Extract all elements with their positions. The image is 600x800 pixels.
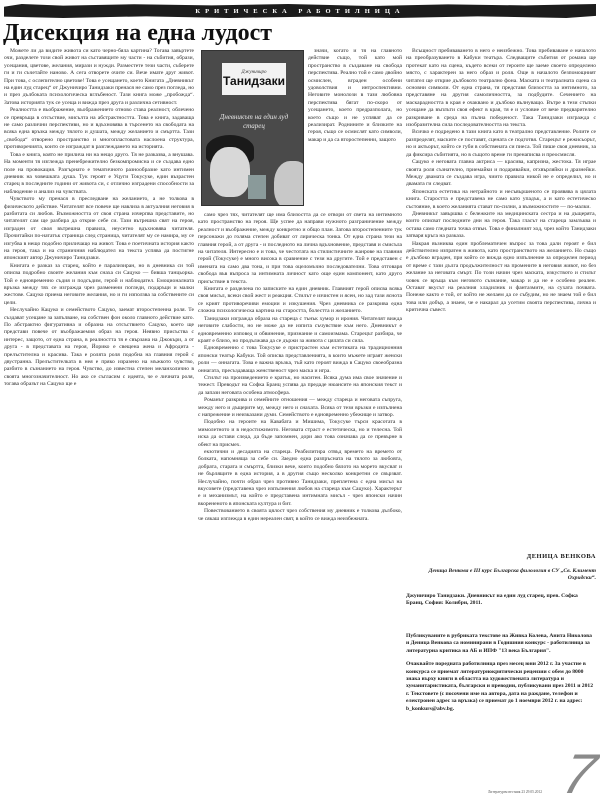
paragraph: Романът разкрива и семейните отношения —… [198, 397, 402, 419]
paragraph: екзотични и десадията на стареца. Реабил… [198, 449, 402, 508]
article-column-2: само чрез тях, читателят ще има близостт… [198, 212, 402, 796]
paragraph: само чрез тях, читателят ще има близостт… [198, 212, 402, 286]
paragraph: значи, когато и тя на главното действие … [308, 48, 402, 144]
cover-author-last: Танидзаки [223, 75, 285, 88]
paragraph: Чувството му пренася в преследване на же… [4, 196, 194, 263]
cover-illustration-woman [210, 147, 250, 197]
cover-author-box: Джуничиро Танидзаки [222, 63, 286, 95]
article-column-2-top: значи, когато и тя на главното действие … [308, 48, 402, 220]
notice-paragraph: Публикуваните в рубриката текстове на Жи… [406, 633, 596, 655]
article-column-1: Можете ли да видите живота си като черно… [4, 48, 194, 796]
section-label: КРИТИЧЕСКА РАБОТИЛНИЦА [195, 8, 404, 15]
paragraph: Реалността е въображение, въображението … [4, 107, 194, 151]
section-banner: КРИТИЧЕСКА РАБОТИЛНИЦА [4, 4, 596, 18]
article-column-3: Всъщност пребиваването в него е неизбежн… [406, 48, 596, 440]
page-number: 7 [559, 750, 600, 798]
paragraph: Повествованието в своята цялост чрез соб… [198, 508, 402, 523]
author-signature: ДЕНИЦА ВЕНКОВА [406, 553, 596, 560]
paragraph: Неслучайно Кацуко и семейството Сацуко, … [4, 307, 194, 388]
paragraph: Можете ли да видите живота си като черно… [4, 48, 194, 107]
paragraph: Дневникът завършва с бележките на медици… [406, 211, 596, 241]
paragraph: Книгата е разделена по записките на един… [198, 286, 402, 316]
bibliography-note: Джуничиро Танидзаки. Дневникът на един л… [406, 593, 596, 608]
paragraph: Всъщност пребиваването в него е неизбежн… [406, 48, 596, 129]
paragraph: Накрая възниква един проблематичен въпро… [406, 241, 596, 315]
cover-book-title: Дневникът на един луд старец [216, 113, 292, 131]
paragraph: Всичко е подредено в тази книга като в т… [406, 129, 596, 159]
cover-illustration-inset [248, 175, 266, 199]
issue-footer: Литературен вестник 23 29.05.2012 [488, 790, 542, 794]
paragraph: Едновременно с това Токусуке е пристраст… [198, 345, 402, 375]
cover-illustration-man [274, 161, 304, 206]
paragraph: Стилът на произведението е кратък, но на… [198, 375, 402, 397]
paragraph: Японската естетика на нетрайното и несъв… [406, 189, 596, 211]
paragraph: Подобно на героите на Кавабата и Мишима,… [198, 419, 402, 449]
book-cover-image: Джуничиро Танидзаки Дневникът на един лу… [201, 50, 304, 206]
notice-paragraph: Очаквайте поредната работилница през мес… [406, 661, 596, 713]
author-note: Деница Венкова е III курс Българска фило… [406, 568, 596, 583]
paragraph: Сацуко е неговата главна актриса — краси… [406, 159, 596, 189]
contest-notice: Публикуваните в рубриката текстове на Жи… [406, 633, 596, 719]
article-headline: Дисекция на една лудост [3, 20, 272, 46]
paragraph: Танидзаки изгражда образа на стареца с т… [198, 316, 402, 346]
paragraph: Книгата е разказ за старец, който е пара… [4, 263, 194, 307]
paragraph: Това е книга, която не прилича ни на нещ… [4, 152, 194, 196]
